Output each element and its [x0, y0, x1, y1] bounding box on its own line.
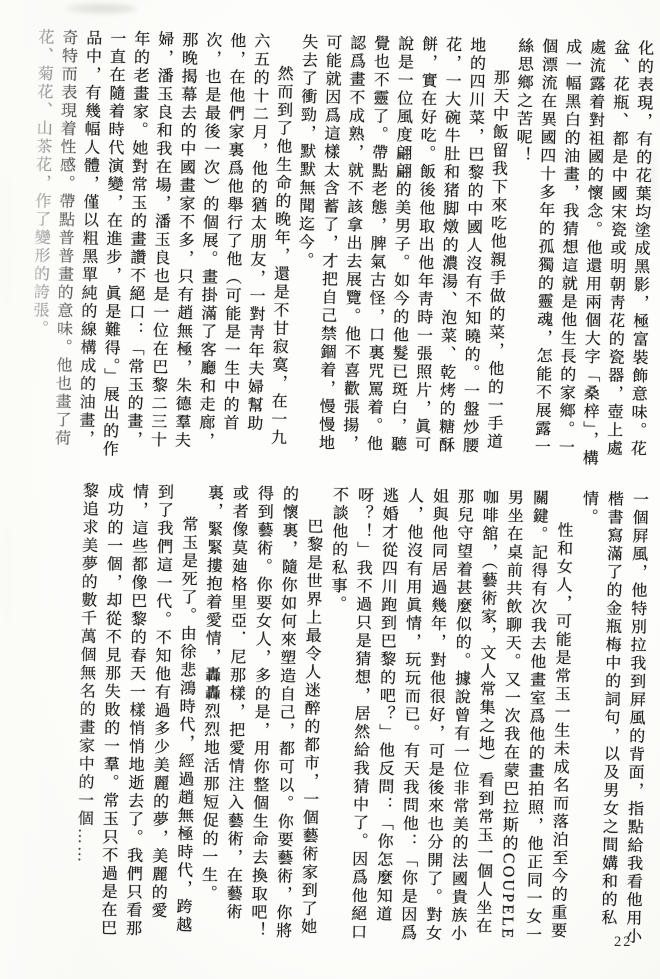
paragraph: 常玉是死了。由徐悲鴻時代，經過趙無極時代，跨越到了我們這一代。不知他有過多少美麗…	[69, 482, 201, 942]
paragraph: 那天中飯留我下來吃他親手做的菜，他的一手道地的四川菜，巴黎的中國人沒有不知曉的。…	[288, 33, 512, 467]
scan-smudge	[66, 4, 136, 13]
scanned-page-background: 化的表現，有的花葉均塗成黑影，極富裝飾意味。花盆、花瓶、都是中國宋瓷或明朝靑花的…	[0, 0, 660, 979]
top-text-block: 化的表現，有的花葉均塗成黑影，極富裝飾意味。花盆、花瓶、都是中國宋瓷或明朝靑花的…	[20, 28, 656, 469]
page-number: 22	[614, 934, 633, 951]
paragraph: 然而到了他生命的晚年，還是不甘寂寞，在一九六五的十二月，他的猶太朋友，一對靑年夫…	[24, 28, 296, 463]
paragraph: 性和女人，可能是常玉一生未成名而落泊至今的重要關鍵。記得有次我去他畫室爲他的畫拍…	[319, 486, 576, 948]
scan-smudge	[3, 520, 11, 630]
scan-smudge	[2, 170, 11, 310]
paragraph: 一個屛風，他特別拉我到屛風的背面，指點給我看他用小楷書寫滿了的金瓶梅中的詞句，以…	[569, 490, 651, 949]
paragraph: 化的表現，有的花葉均塗成黑影，極富裝飾意味。花盆、花瓶、都是中國宋瓷或明朝靑花的…	[504, 37, 656, 470]
paragraph: 巴黎是世界上最令人迷醉的都市，一個藝術家到了她的懷裏，隨你如何來塑造自己，都可以…	[194, 484, 326, 944]
bottom-text-block: 一個屛風，他特別拉我到屛風的背面，指點給我看他用小楷書寫滿了的金瓶梅中的詞句，以…	[8, 481, 651, 949]
